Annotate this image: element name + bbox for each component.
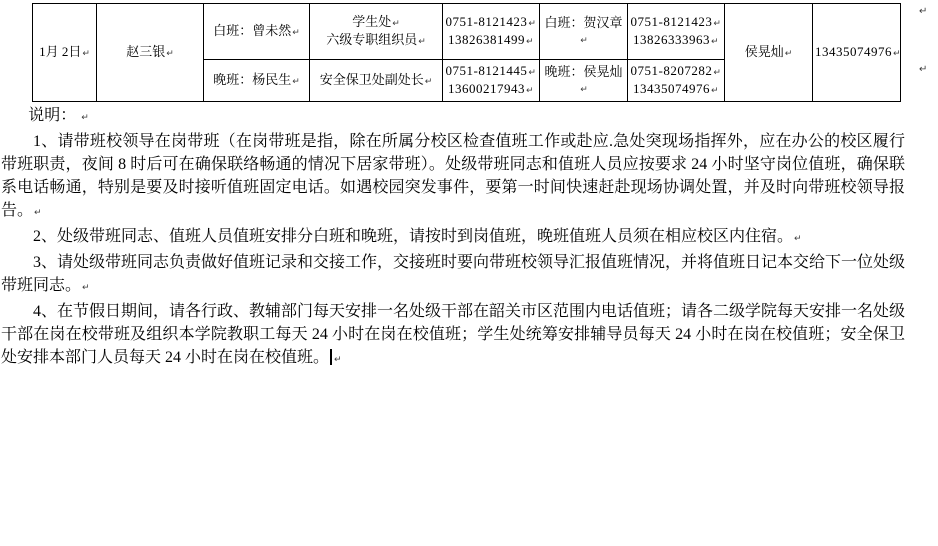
paragraph-mark: ↵ xyxy=(580,85,588,95)
paragraph-mark: ↵ xyxy=(893,49,901,59)
text-cursor xyxy=(330,349,332,365)
cell-day-second-officer[interactable]: 白班：贺汉章↵ xyxy=(540,4,628,60)
note-paragraph-4[interactable]: 4、在节假日期间，请各行政、教辅部门每天安排一名处级干部在韶关市区范围内电话值班… xyxy=(1,300,905,372)
row-end-mark: ↵ xyxy=(919,64,927,75)
paragraph-mark: ↵ xyxy=(713,19,721,29)
paragraph-mark: ↵ xyxy=(526,37,534,47)
day-duty-title-line2: 六级专职组织员 xyxy=(326,32,417,47)
cell-day-duty-title[interactable]: 学生处↵ 六级专职组织员↵ xyxy=(310,4,443,60)
cell-night-second-phones[interactable]: 0751-8207282↵ 13435074976↵ xyxy=(628,60,725,102)
campus-leader-name: 赵三银 xyxy=(126,44,165,59)
paragraph-mark: ↵ xyxy=(292,77,300,87)
notes-section: 说明： ↵ 1、请带班校领导在岗带班（在岗带班是指，除在所属分校区检查值班工作或… xyxy=(1,104,905,372)
night-second-office-phone: 0751-8207282 xyxy=(631,63,713,78)
paragraph-mark: ↵ xyxy=(794,234,802,244)
paragraph-mark: ↵ xyxy=(81,113,89,123)
day-duty-officer: 白班：曾未然 xyxy=(213,23,291,38)
cell-date[interactable]: 1月 2日↵ xyxy=(33,4,97,102)
note-4-text: 4、在节假日期间，请各行政、教辅部门每天安排一名处级干部在韶关市区范围内电话值班… xyxy=(1,303,905,366)
night-office-phone: 0751-8121445 xyxy=(446,63,528,78)
day-office-phone: 0751-8121423 xyxy=(446,14,528,29)
paragraph-mark: ↵ xyxy=(785,49,793,59)
paragraph-mark: ↵ xyxy=(82,49,90,59)
paragraph-mark: ↵ xyxy=(392,19,400,29)
cell-security-officer[interactable]: 侯晃灿↵ xyxy=(725,4,813,102)
paragraph-mark: ↵ xyxy=(166,49,174,59)
paragraph-mark: ↵ xyxy=(528,68,536,78)
cell-night-duty-title[interactable]: 安全保卫处副处长↵ xyxy=(310,60,443,102)
day-second-mobile-phone: 13826333963 xyxy=(633,32,710,47)
night-mobile-phone: 13600217943 xyxy=(448,81,525,96)
note-paragraph-2[interactable]: 2、处级带班同志、值班人员值班安排分白班和晚班，请按时到岗值班，晚班值班人员须在… xyxy=(1,225,905,251)
cell-day-second-phones[interactable]: 0751-8121423↵ 13826333963↵ xyxy=(628,4,725,60)
night-duty-title: 安全保卫处副处长 xyxy=(320,72,424,87)
night-second-mobile-phone: 13435074976 xyxy=(633,81,710,96)
security-officer-phone: 13435074976 xyxy=(815,44,892,59)
night-duty-officer: 晚班：杨民生 xyxy=(213,72,291,87)
duty-roster-table: 1月 2日↵ 赵三银↵ 白班：曾未然↵ 学生处↵ 六级专职组织员↵ 0751-8… xyxy=(32,3,901,102)
cell-day-duty-phones[interactable]: 0751-8121423↵ 13826381499↵ xyxy=(443,4,540,60)
day-mobile-phone: 13826381499 xyxy=(448,32,525,47)
cell-night-duty-phones[interactable]: 0751-8121445↵ 13600217943↵ xyxy=(443,60,540,102)
paragraph-mark: ↵ xyxy=(34,208,42,218)
paragraph-mark: ↵ xyxy=(292,28,300,38)
note-paragraph-1[interactable]: 1、请带班校领导在岗带班（在岗带班是指，除在所属分校区检查值班工作或赴应.急处突… xyxy=(1,130,905,225)
cell-night-second-officer[interactable]: 晚班：侯晃灿↵ xyxy=(540,60,628,102)
paragraph-mark: ↵ xyxy=(711,37,719,47)
paragraph-mark: ↵ xyxy=(713,68,721,78)
note-1-text: 1、请带班校领导在岗带班（在岗带班是指，除在所属分校区检查值班工作或赴应.急处突… xyxy=(1,133,905,219)
paragraph-mark: ↵ xyxy=(418,37,426,47)
paragraph-mark: ↵ xyxy=(580,36,588,46)
cell-campus-leader[interactable]: 赵三银↵ xyxy=(97,4,204,102)
night-second-officer: 晚班：侯晃灿 xyxy=(544,64,622,79)
row-end-mark: ↵ xyxy=(919,6,927,17)
paragraph-mark: ↵ xyxy=(425,77,433,87)
note-paragraph-3[interactable]: 3、请处级带班同志负责做好值班记录和交接工作，交接班时要向带班校领导汇报值班情况… xyxy=(1,251,905,300)
paragraph-mark: ↵ xyxy=(528,19,536,29)
paragraph-mark: ↵ xyxy=(334,355,342,365)
security-officer-name: 侯晃灿 xyxy=(745,44,784,59)
day-second-officer: 白班：贺汉章 xyxy=(544,15,622,30)
note-3-text: 3、请处级带班同志负责做好值班记录和交接工作，交接班时要向带班校领导汇报值班情况… xyxy=(1,254,905,294)
notes-heading-text: 说明： xyxy=(28,107,76,124)
paragraph-mark: ↵ xyxy=(526,86,534,96)
cell-day-duty-officer[interactable]: 白班：曾未然↵ xyxy=(204,4,310,60)
day-second-office-phone: 0751-8121423 xyxy=(631,14,713,29)
paragraph-mark: ↵ xyxy=(711,86,719,96)
cell-security-phone[interactable]: 13435074976↵ xyxy=(813,4,901,102)
date-text: 1月 2日 xyxy=(39,44,81,59)
day-duty-title-line1: 学生处 xyxy=(352,14,391,29)
cell-night-duty-officer[interactable]: 晚班：杨民生↵ xyxy=(204,60,310,102)
note-2-text: 2、处级带班同志、值班人员值班安排分白班和晚班，请按时到岗值班，晚班值班人员须在… xyxy=(33,228,793,245)
paragraph-mark: ↵ xyxy=(82,283,90,293)
notes-heading[interactable]: 说明： ↵ xyxy=(1,104,905,130)
